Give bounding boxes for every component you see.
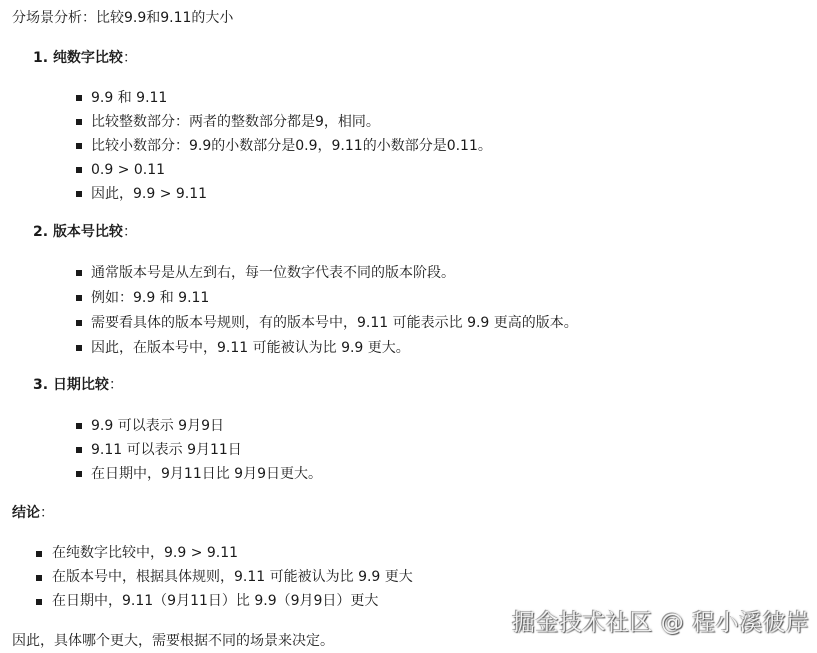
conclusion-heading: 结论： bbox=[12, 503, 54, 523]
section-title: 日期比较 bbox=[53, 377, 109, 393]
list-item: 9.9 可以表示 9月9日 bbox=[91, 416, 224, 436]
watermark: 掘金技术社区 @ 程小溪彼岸 bbox=[512, 604, 810, 637]
bullet-icon bbox=[76, 345, 82, 351]
bullet-icon bbox=[76, 295, 82, 301]
bullet-icon bbox=[76, 191, 82, 197]
list-item: 例如：9.9 和 9.11 bbox=[91, 288, 209, 308]
list-item: 需要看具体的版本号规则，有的版本号中，9.11 可能表示比 9.9 更高的版本。 bbox=[91, 313, 578, 333]
list-item: 9.11 可以表示 9月11日 bbox=[91, 440, 242, 460]
section-number: 3. bbox=[33, 377, 48, 393]
bullet-icon bbox=[36, 599, 42, 605]
list-item: 在日期中，9月11日比 9月9日更大。 bbox=[91, 464, 322, 484]
section-number: 1. bbox=[33, 50, 48, 66]
list-item: 通常版本号是从左到右，每一位数字代表不同的版本阶段。 bbox=[91, 263, 455, 283]
section-heading-version: 2. 版本号比较： bbox=[33, 222, 137, 242]
section-heading-date: 3. 日期比较： bbox=[33, 375, 123, 395]
bullet-icon bbox=[36, 575, 42, 581]
final-statement: 因此，具体哪个更大，需要根据不同的场景来决定。 bbox=[12, 631, 334, 651]
bullet-icon bbox=[76, 167, 82, 173]
section-number: 2. bbox=[33, 224, 48, 240]
bullet-icon bbox=[76, 423, 82, 429]
section-heading-numeric: 1. 纯数字比较： bbox=[33, 48, 137, 68]
bullet-icon bbox=[76, 320, 82, 326]
list-item: 在日期中，9.11（9月11日）比 9.9（9月9日）更大 bbox=[52, 591, 378, 611]
list-item: 在纯数字比较中，9.9 > 9.11 bbox=[52, 543, 238, 563]
bullet-icon bbox=[76, 143, 82, 149]
list-item: 在版本号中，根据具体规则，9.11 可能被认为比 9.9 更大 bbox=[52, 567, 413, 587]
list-item: 因此，在版本号中，9.11 可能被认为比 9.9 更大。 bbox=[91, 338, 410, 358]
section-title: 纯数字比较 bbox=[53, 50, 123, 66]
list-item: 比较整数部分：两者的整数部分都是9，相同。 bbox=[91, 112, 380, 132]
page-title: 分场景分析：比较9.9和9.11的大小 bbox=[12, 8, 233, 28]
section-title: 版本号比较 bbox=[53, 224, 123, 240]
list-item: 因此，9.9 > 9.11 bbox=[91, 184, 207, 204]
bullet-icon bbox=[76, 447, 82, 453]
list-item: 比较小数部分：9.9的小数部分是0.9，9.11的小数部分是0.11。 bbox=[91, 136, 492, 156]
conclusion-title: 结论 bbox=[12, 505, 40, 521]
bullet-icon bbox=[76, 119, 82, 125]
bullet-icon bbox=[76, 95, 82, 101]
bullet-icon bbox=[76, 270, 82, 276]
list-item: 9.9 和 9.11 bbox=[91, 88, 167, 108]
list-item: 0.9 > 0.11 bbox=[91, 160, 165, 180]
bullet-icon bbox=[36, 551, 42, 557]
bullet-icon bbox=[76, 471, 82, 477]
